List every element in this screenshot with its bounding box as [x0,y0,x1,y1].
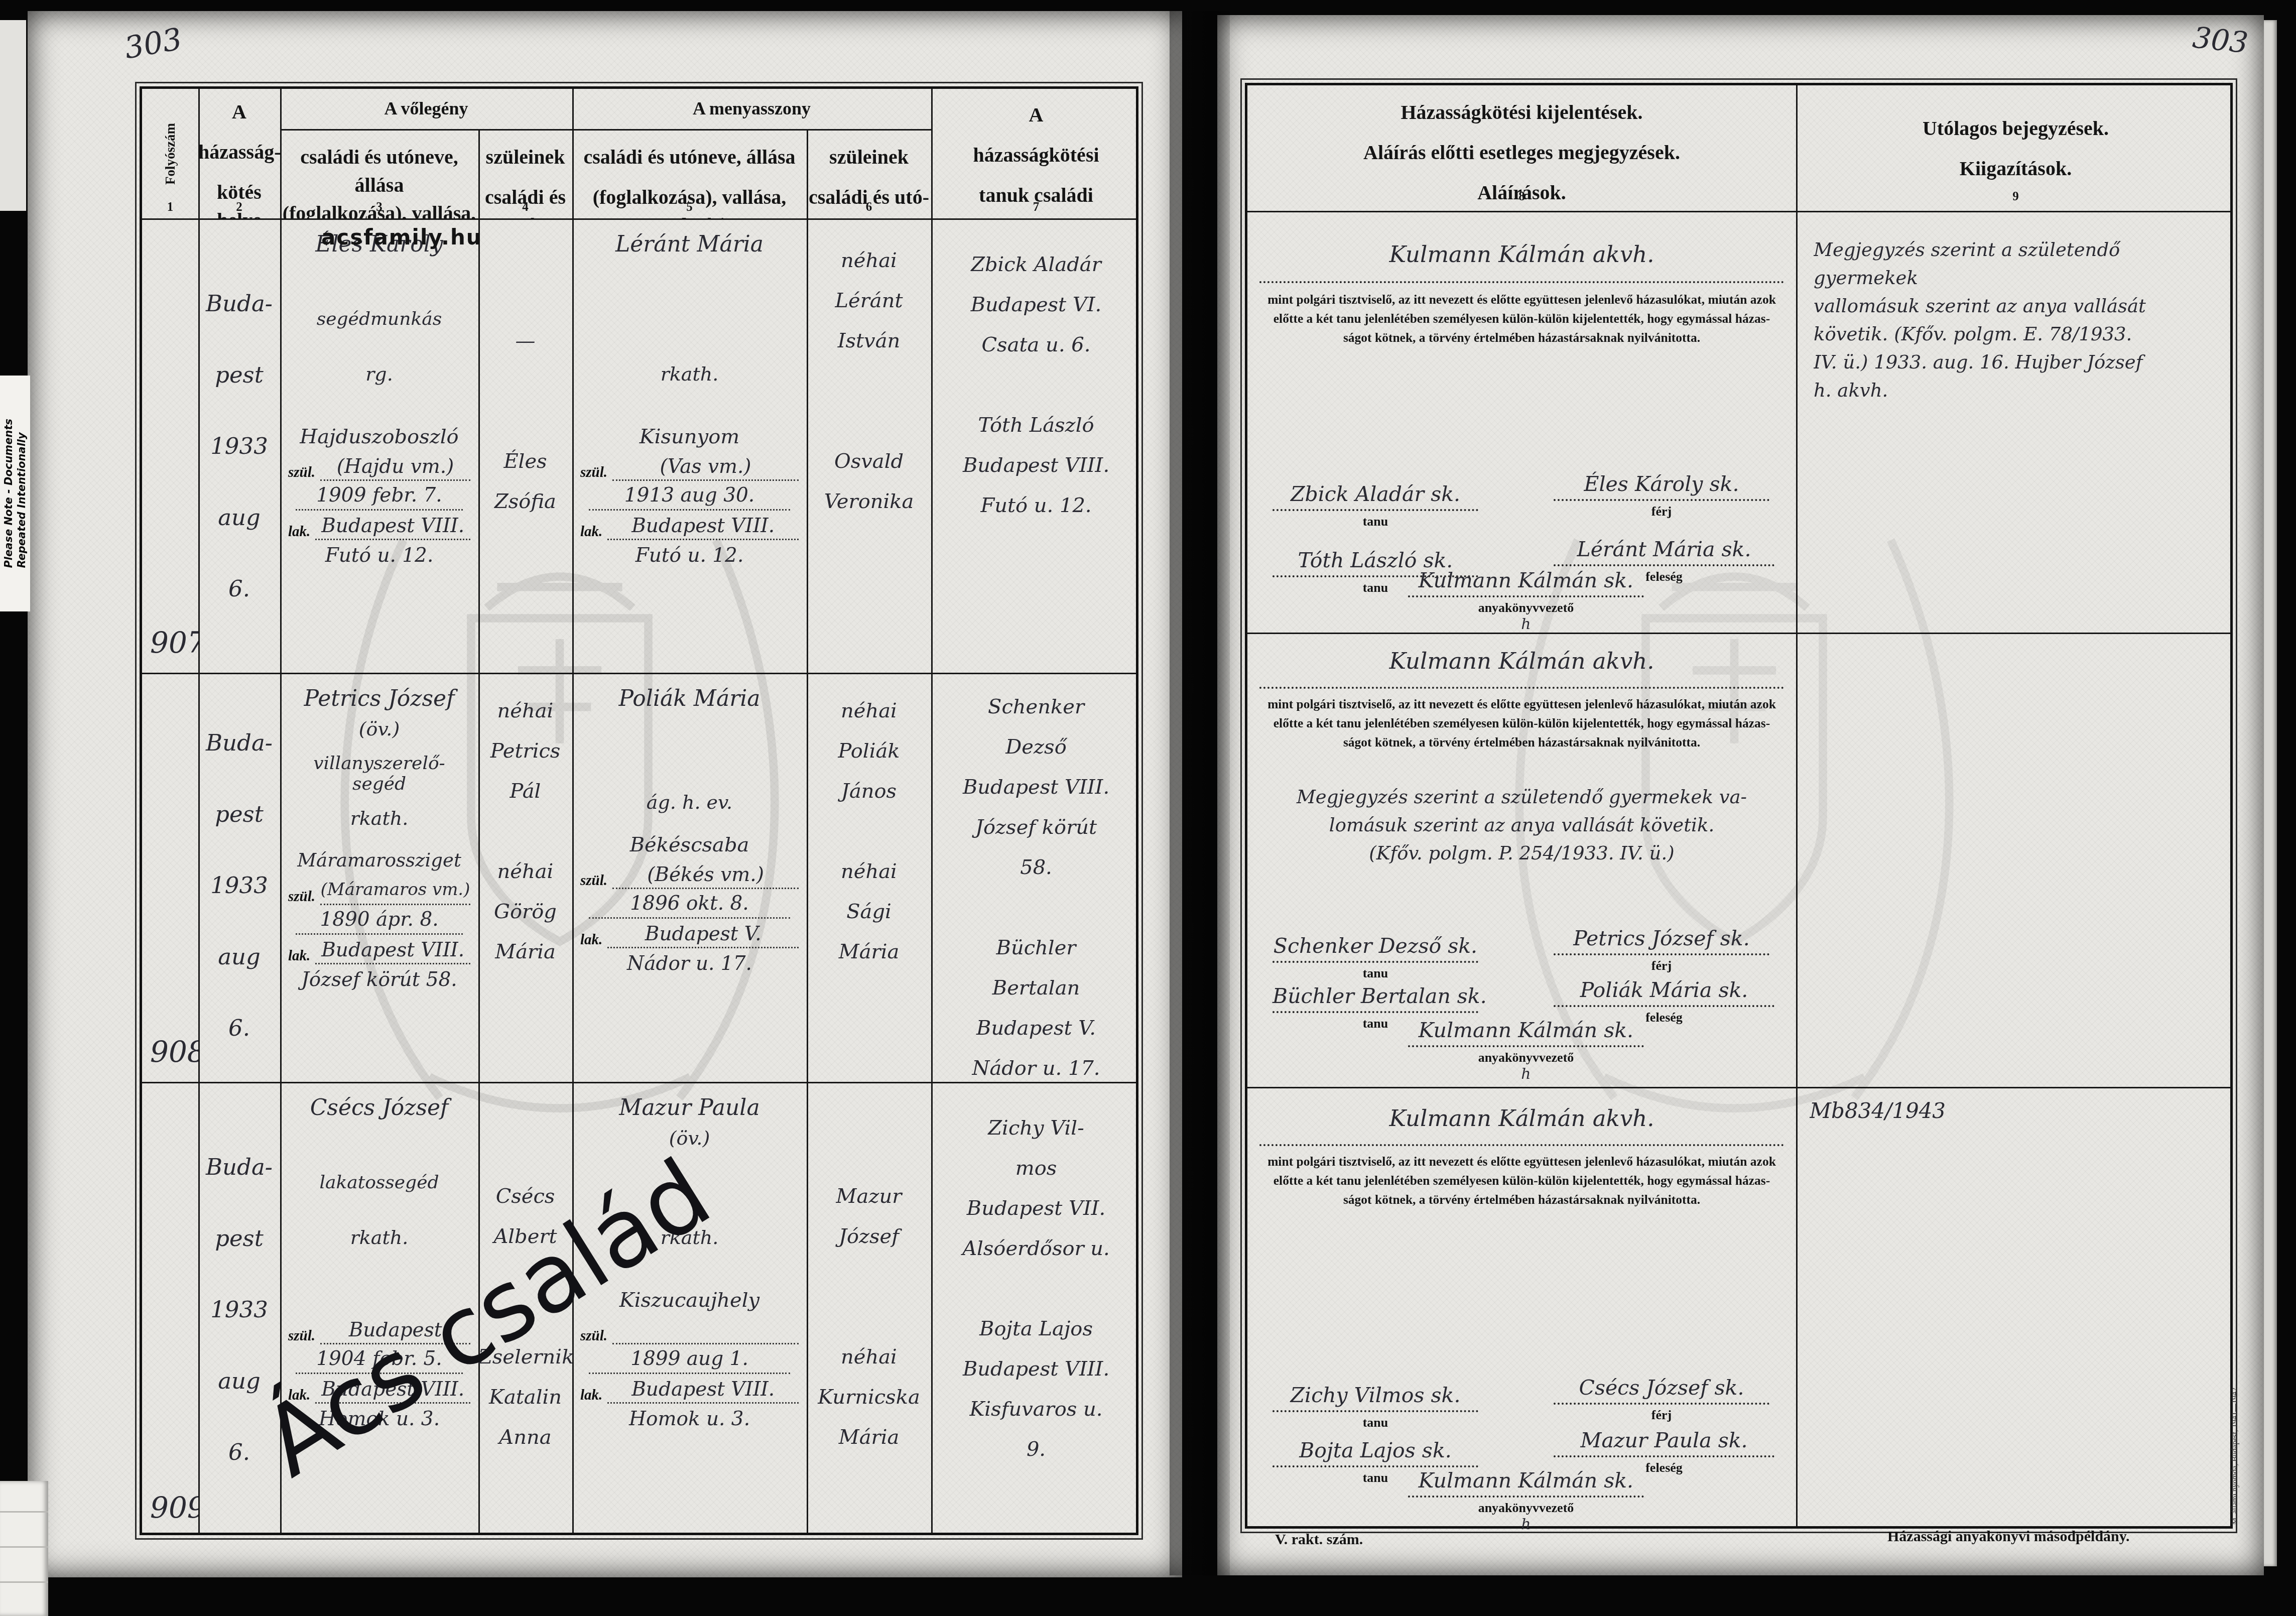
page-stack-bottom-left [0,1481,48,1616]
header-groom-group: A vőlegény [280,89,572,129]
later-entry-909: Mb834/1943 [1810,1097,2161,1157]
declaration-block-909: Kulmann Kálmán akvh. mint polgári tisztv… [1247,1087,1796,1531]
row-908-witnesses-cell: SchenkerDezsőBudapest VIII.József körút5… [931,673,1141,1082]
row-907-witnesses-cell: Zbick AladárBudapest VI.Csata u. 6. Tóth… [931,218,1141,673]
footer-register-copy-label: Házassági anyakönyvi másodpéldány. [1887,1528,2130,1545]
header-later-entries: Utólagos bejegyzések.Kiigazítások. 9 [1796,85,2235,211]
edge-note-line1: Please Note - Documents [3,419,15,568]
row-907-place-cell: Buda-pest1933aug6. [198,218,280,673]
row-908-place-cell: Buda-pest1933aug6. [198,673,280,1082]
later-entry-907: Megjegyzés szerint a születendő gyermeke… [1814,236,2220,447]
row-907-bride-parents-cell: néhaiLérántIstván OsvaldVeronika [807,218,931,673]
signature-registrar-908: Kulmann Kálmán sk. anyakönyvvezető h [1408,1018,1644,1083]
row-908-groom-cell: Petrics József (öv.) villanyszerelő-segé… [280,673,478,1082]
acsfamily-watermark: acsfamily.hu [321,225,482,250]
header-groom-person: családi és utóneve, állása(foglalkozása)… [280,129,478,218]
footer-storage-number: V. rakt. szám. [1275,1531,1363,1548]
declaration-block-908: Kulmann Kálmán akvh. mint polgári tisztv… [1247,633,1796,1087]
row-907-groom-parents-cell: — ÉlesZsófia [478,218,572,673]
signature-husband-907: Éles Károly sk. férj [1554,472,1769,519]
row-909-bride-cell: Mazur Paula (öv.) rkath. Kiszucaujhely s… [572,1082,807,1538]
row-909-place-cell: Buda-pest1933aug6. [198,1082,280,1538]
page-edge-sliver-top [0,20,26,211]
row-908-bride-parents-cell: néhaiPoliákJános néhaiSágiMária [807,673,931,1082]
signature-witness1-908: Schenker Dezső sk. tanu [1272,934,1478,981]
row-907-number-cell: 907 [142,218,198,673]
row-908-bride-cell: Poliák Mária ág. h. ev. Békéscsaba szül.… [572,673,807,1082]
row-907-bride-cell: Léránt Mária rkath. Kisunyom szül.(Vas v… [572,218,807,673]
gutter-shadow [1170,11,1230,1575]
right-page-number: 303 [2191,20,2250,60]
header-place-date: Aházasság-kötés helyeés ideje(év, hó, na… [198,89,280,218]
edge-note-strip: Please Note - Documents Repeated Intenti… [0,376,30,611]
row-909-witnesses-cell: Zichy Vil-mosBudapest VII.Alsóerdősor u.… [931,1082,1141,1538]
row-908-number-cell: 908 [142,673,198,1082]
scanned-marriage-register: { "page": {"left_number": "303", "right_… [0,0,2296,1616]
row-908-groom-parents-cell: néhaiPetricsPál néhaiGörögMária [478,673,572,1082]
left-register-table: Folyószám 1 Aházasság-kötés helyeés idej… [140,86,1138,1535]
signature-registrar-909: Kulmann Kálmán sk. anyakönyvvezető h [1408,1468,1644,1531]
header-declarations: Házasságkötési kijelentések.Aláírás előt… [1247,85,1796,211]
page-edge-sliver-right [2264,20,2277,1566]
header-bride-person: családi és utóneve, állása(foglalkozása)… [572,129,807,218]
header-bride-group: A menyasszony [572,89,931,129]
signature-husband-909: Csécs József sk. férj [1554,1376,1769,1423]
row-909-bride-parents-cell: MazurJózsef néhaiKurnicskaMária [807,1082,931,1538]
row-909-number-cell: 909 [142,1082,198,1538]
header-folyoszam: Folyószám 1 [142,89,198,218]
header-bride-parents: szüleinekcsaládi és utó-neve 6 [807,129,931,218]
signature-witness1-909: Zichy Vilmos sk. tanu [1272,1383,1478,1430]
signature-witness1-907: Zbick Aladár sk. tanu [1272,482,1478,529]
signature-husband-908: Petrics József sk. férj [1554,926,1769,973]
header-groom-parents: szüleinekcsaládi és utó-neve 4 [478,129,572,218]
signature-registrar-907: Kulmann Kálmán sk. anyakönyvvezető h [1408,568,1644,633]
header-witnesses: Aházasságkötésitanuk családiés utóneve,l… [931,89,1141,218]
printer-imprint: M. állami nyomda, Budapest, 1941—1942. [2231,1386,2240,1525]
right-register-table: Házasságkötési kijelentések.Aláírás előt… [1245,83,2233,1529]
edge-note-line2: Repeated Intentionally [16,419,28,568]
declaration-block-907: Kulmann Kálmán akvh. mint polgári tisztv… [1247,211,1796,633]
row-907-groom-cell: Éles Károly segédmunkás rg. Hajduszobosz… [280,218,478,673]
